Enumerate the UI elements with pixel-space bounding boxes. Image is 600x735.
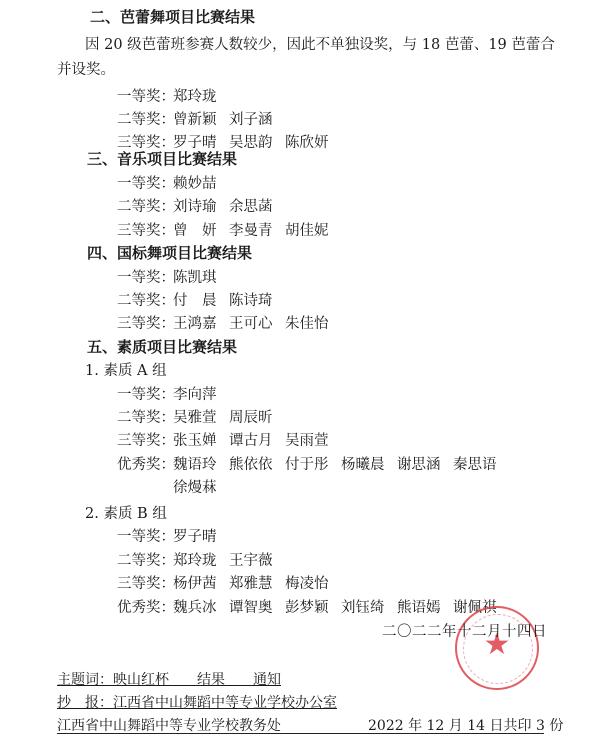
winner-name: 曾新颖 [173, 108, 229, 129]
footer-cc: 抄 报：江西省中山舞蹈中等专业学校办公室 [57, 692, 337, 712]
award-label: 优秀奖： [117, 596, 173, 617]
section-title-ballet: 二、芭蕾舞项目比赛结果 [90, 6, 255, 27]
footer-issuer: 江西省中山舞蹈中等专业学校教务处 [57, 715, 281, 735]
winner-name: 曾 妍 [173, 219, 229, 240]
award-row: 二等奖： 曾新颖 刘子涵 [117, 108, 285, 129]
award-row: 二等奖： 吴雅萱 周辰昕 [117, 406, 285, 427]
award-label: 二等奖： [117, 289, 173, 310]
winner-name: 彭梦颖 [285, 596, 341, 617]
footer-print-info: 2022 年 12 月 14 日共印 3 份 [368, 715, 563, 735]
award-row: 优秀奖： 魏语玲 熊依依 付于彤 杨曦晨 谢思涵 秦思语 [117, 453, 509, 474]
winner-name: 陈诗琦 [229, 289, 285, 310]
award-row: 三等奖： 杨伊茜 郑雅慧 梅凌怡 [117, 572, 341, 593]
winner-name: 胡佳妮 [285, 219, 341, 240]
winner-name: 刘诗瑜 [173, 195, 229, 216]
award-label: 二等奖： [117, 195, 173, 216]
award-label: 一等奖： [117, 85, 173, 106]
award-label: 三等奖： [117, 219, 173, 240]
winner-name: 陈欣妍 [285, 131, 341, 152]
award-label: 三等奖： [117, 429, 173, 450]
winner-name: 王宇薇 [229, 549, 285, 570]
winner-name: 赖妙喆 [173, 172, 229, 193]
winner-name: 谭智奥 [229, 596, 285, 617]
award-row: 三等奖： 王鸿嘉 王可心 朱佳怡 [117, 312, 341, 333]
winner-name: 魏兵冰 [173, 596, 229, 617]
ballet-note-line2: 并设奖。 [57, 58, 115, 79]
winner-name: 谭古月 [229, 429, 285, 450]
winner-name: 张玉婵 [173, 429, 229, 450]
section-title-music: 三、音乐项目比赛结果 [87, 148, 237, 169]
winner-name: 李曼青 [229, 219, 285, 240]
award-label: 二等奖： [117, 549, 173, 570]
winner-name: 熊依依 [229, 453, 285, 474]
award-label: 一等奖： [117, 172, 173, 193]
winner-name: 谢思涵 [397, 453, 453, 474]
group-b-title: 2. 素质 B 组 [85, 502, 167, 523]
award-row: 一等奖： 赖妙喆 [117, 172, 229, 193]
award-row: 三等奖： 曾 妍 李曼青 胡佳妮 [117, 219, 341, 240]
winner-name: 梅凌怡 [285, 572, 341, 593]
ballet-note-line1: 因 20 级芭蕾班参赛人数较少，因此不单独设奖，与 18 芭蕾、19 芭蕾合 [85, 33, 555, 54]
award-label: 二等奖： [117, 406, 173, 427]
winner-name: 郑玲珑 [173, 85, 229, 106]
winner-name: 刘钰绮 [341, 596, 397, 617]
award-label: 一等奖： [117, 525, 173, 546]
winner-name: 王可心 [229, 312, 285, 333]
award-label: 三等奖： [117, 572, 173, 593]
section-title-quality: 五、素质项目比赛结果 [87, 336, 237, 357]
winner-name: 刘子涵 [229, 108, 285, 129]
award-row: 一等奖： 李向萍 [117, 383, 229, 404]
award-label: 优秀奖： [117, 453, 173, 474]
winner-name: 李向萍 [173, 383, 229, 404]
winner-name: 陈凯琪 [173, 266, 229, 287]
winner-name: 付 晨 [173, 289, 229, 310]
award-row: 一等奖： 陈凯琪 [117, 266, 229, 287]
section-title-ballroom: 四、国标舞项目比赛结果 [87, 242, 252, 263]
winner-name: 吴思韵 [229, 131, 285, 152]
winner-name: 郑玲珑 [173, 549, 229, 570]
award-row: 优秀奖： 魏兵冰 谭智奥 彭梦颖 刘钰绮 熊语嫣 谢佩祺 [117, 596, 509, 617]
winner-name: 余思菡 [229, 195, 285, 216]
winner-name: 付于彤 [285, 453, 341, 474]
issue-date: 二〇二二年十二月十四日 [382, 620, 547, 641]
award-label: 三等奖： [117, 312, 173, 333]
award-row: 一等奖： 郑玲珑 [117, 85, 229, 106]
footer-rule [57, 733, 544, 734]
award-label: 二等奖： [117, 108, 173, 129]
winner-name: 徐熳菻 [173, 476, 229, 497]
award-row-continued: 徐熳菻 [117, 476, 229, 497]
winner-name: 周辰昕 [229, 406, 285, 427]
winner-name: 朱佳怡 [285, 312, 341, 333]
award-row: 三等奖： 张玉婵 谭古月 吴雨萱 [117, 429, 341, 450]
winner-name: 杨伊茜 [173, 572, 229, 593]
winner-name: 魏语玲 [173, 453, 229, 474]
winner-name: 吴雅萱 [173, 406, 229, 427]
winner-name: 王鸿嘉 [173, 312, 229, 333]
award-label: 一等奖： [117, 383, 173, 404]
award-label-spacer [117, 476, 173, 497]
winner-name: 秦思语 [453, 453, 509, 474]
winner-name: 罗子晴 [173, 525, 229, 546]
award-row: 二等奖： 付 晨 陈诗琦 [117, 289, 285, 310]
footer-keywords: 主题词：映山红杯 结果 通知 [57, 669, 281, 689]
winner-name: 杨曦晨 [341, 453, 397, 474]
group-a-title: 1. 素质 A 组 [85, 359, 167, 380]
award-row: 二等奖： 刘诗瑜 余思菡 [117, 195, 285, 216]
official-seal: ★ [455, 606, 539, 690]
award-row: 二等奖： 郑玲珑 王宇薇 [117, 549, 285, 570]
award-label: 一等奖： [117, 266, 173, 287]
winner-name: 熊语嫣 [397, 596, 453, 617]
award-row: 一等奖： 罗子晴 [117, 525, 229, 546]
winner-name: 吴雨萱 [285, 429, 341, 450]
winner-name: 郑雅慧 [229, 572, 285, 593]
